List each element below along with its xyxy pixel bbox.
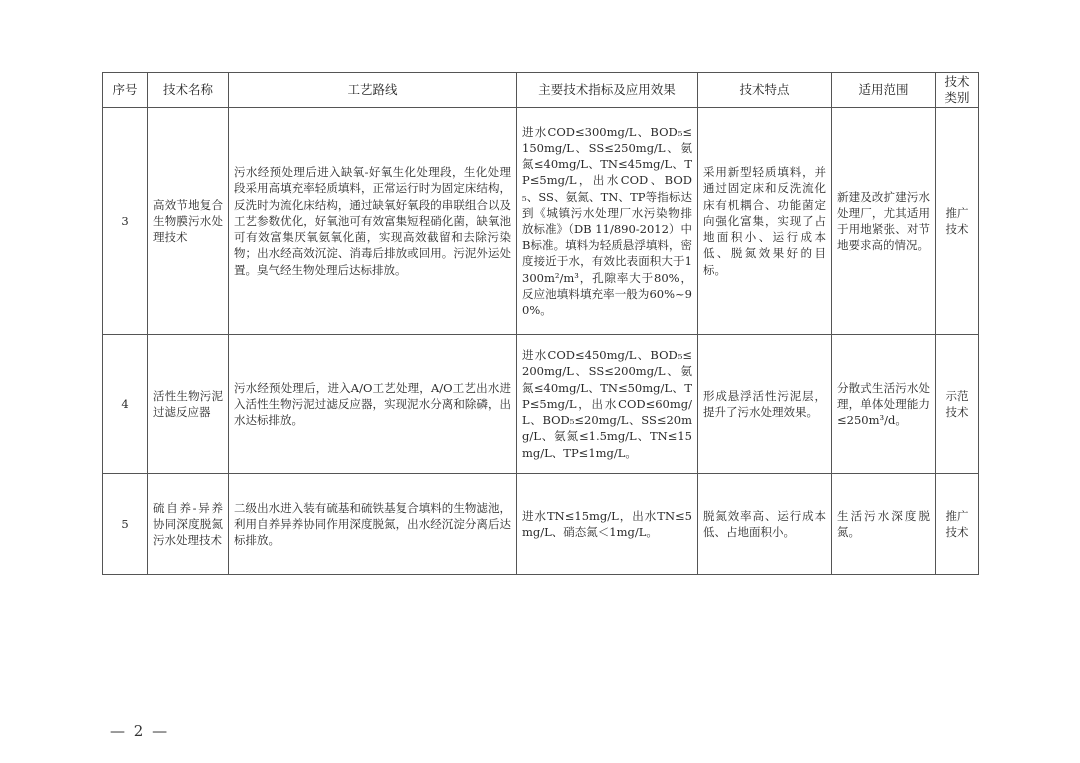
cell-indicators: 进水COD≤450mg/L、BOD₅≤200mg/L、SS≤200mg/L、氨氮…: [517, 335, 698, 474]
table-header-row: 序号 技术名称 工艺路线 主要技术指标及应用效果 技术特点 适用范围 技术类别: [103, 73, 979, 108]
table-row: 5 硫自养-异养协同深度脱氮污水处理技术 二级出水进入装有硫基和硫铁基复合填料的…: [103, 474, 979, 575]
cell-name: 活性生物污泥过滤反应器: [148, 335, 229, 474]
cell-category: 推广技术: [936, 474, 979, 575]
header-process: 工艺路线: [229, 73, 517, 108]
cell-no: 3: [103, 108, 148, 335]
cell-scope: 生活污水深度脱氮。: [832, 474, 936, 575]
page-number: — 2 —: [110, 722, 169, 740]
cell-scope: 分散式生活污水处理，单体处理能力≤250m³/d。: [832, 335, 936, 474]
cell-name: 高效节地复合生物膜污水处理技术: [148, 108, 229, 335]
cell-name: 硫自养-异养协同深度脱氮污水处理技术: [148, 474, 229, 575]
cell-process: 二级出水进入装有硫基和硫铁基复合填料的生物滤池，利用自养异养协同作用深度脱氮，出…: [229, 474, 517, 575]
cell-process: 污水经预处理后，进入A/O工艺处理，A/O工艺出水进入活性生物污泥过滤反应器，实…: [229, 335, 517, 474]
header-scope: 适用范围: [832, 73, 936, 108]
header-name: 技术名称: [148, 73, 229, 108]
cell-indicators: 进水COD≤300mg/L、BOD₅≤150mg/L、SS≤250mg/L、氨氮…: [517, 108, 698, 335]
header-indicators: 主要技术指标及应用效果: [517, 73, 698, 108]
cell-no: 5: [103, 474, 148, 575]
table-row: 4 活性生物污泥过滤反应器 污水经预处理后，进入A/O工艺处理，A/O工艺出水进…: [103, 335, 979, 474]
cell-features: 脱氮效率高、运行成本低、占地面积小。: [698, 474, 832, 575]
cell-category: 推广技术: [936, 108, 979, 335]
cell-category: 示范技术: [936, 335, 979, 474]
header-category: 技术类别: [936, 73, 979, 108]
cell-process: 污水经预处理后进入缺氧-好氧生化处理段，生化处理段采用高填充率轻质填料，正常运行…: [229, 108, 517, 335]
cell-indicators: 进水TN≤15mg/L，出水TN≤5mg/L、硝态氮＜1mg/L。: [517, 474, 698, 575]
cell-no: 4: [103, 335, 148, 474]
table-row: 3 高效节地复合生物膜污水处理技术 污水经预处理后进入缺氧-好氧生化处理段，生化…: [103, 108, 979, 335]
cell-scope: 新建及改扩建污水处理厂，尤其适用于用地紧张、对节地要求高的情况。: [832, 108, 936, 335]
cell-features: 采用新型轻质填料，并通过固定床和反洗流化床有机耦合、功能菌定向强化富集，实现了占…: [698, 108, 832, 335]
technology-table: 序号 技术名称 工艺路线 主要技术指标及应用效果 技术特点 适用范围 技术类别 …: [102, 72, 979, 575]
header-features: 技术特点: [698, 73, 832, 108]
header-no: 序号: [103, 73, 148, 108]
cell-features: 形成悬浮活性污泥层，提升了污水处理效果。: [698, 335, 832, 474]
